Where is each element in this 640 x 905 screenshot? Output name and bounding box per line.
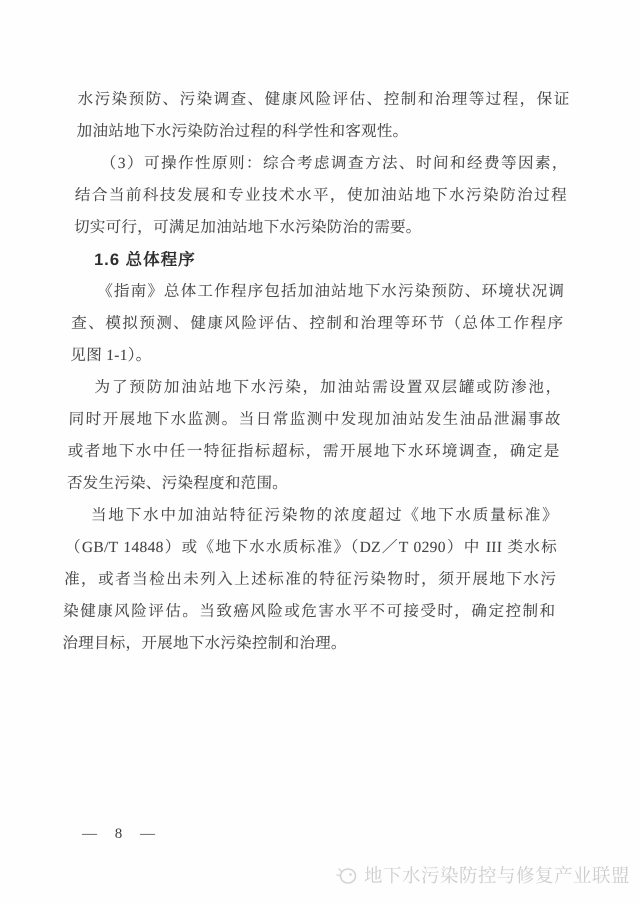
text-line: 切实可行，可满足加油站地下水污染防治的需要。 [74,212,567,244]
text-line: 或者地下水中任一特征指标超标，需开展地下水环境调查，确定是 [67,436,560,468]
text-line: （GB/T 14848）或《地下水水质标准》（DZ／T 0290）中 III 类… [65,532,558,564]
text-line: 染健康风险评估。当致癌风险或危害水平不可接受时，确定控制和 [63,596,556,628]
text-line: 为了预防加油站地下水污染，加油站需设置双层罐或防渗池， [69,372,562,404]
text-line: 治理目标，开展地下水污染控制和治理。 [62,628,555,660]
text-line: 结合当前科技发展和专业技术水平，使加油站地下水污染防治过程 [74,180,567,212]
text-line: 水污染预防、污染调查、健康风险评估、控制和治理等过程，保证 [77,84,570,116]
watermark: 地下水污染防控与修复产业联盟 [335,862,630,888]
section-heading: 1.6 总体程序 [73,244,566,276]
text-line: 否发生污染、污染程度和范围。 [66,468,559,500]
watermark-text: 地下水污染防控与修复产业联盟 [364,862,630,888]
text-line: （3）可操作性原则：综合考虑调查方法、时间和经费等因素， [75,148,568,180]
text-line: 准，或者当检出未列入上述标准的特征污染物时，须开展地下水污 [64,564,557,596]
page-number: — 8 — [82,826,156,843]
text-line: 见图 1-1）。 [70,340,563,372]
document-body: 水污染预防、污染调查、健康风险评估、控制和治理等过程，保证加油站地下水污染防治过… [62,84,570,660]
text-line: 《指南》总体工作程序包括加油站地下水污染预防、环境状况调 [72,276,565,308]
alliance-logo-icon [335,863,359,887]
text-line: 加油站地下水污染防治过程的科学性和客观性。 [76,116,569,148]
text-line: 当地下水中加油站特征污染物的浓度超过《地下水质量标准》 [65,500,558,532]
text-line: 同时开展地下水监测。当日常监测中发现加油站发生油品泄漏事故 [68,404,561,436]
scanned-document-page: 水污染预防、污染调查、健康风险评估、控制和治理等过程，保证加油站地下水污染防治过… [0,0,640,905]
text-line: 查、模拟预测、健康风险评估、控制和治理等环节（总体工作程序 [71,308,564,340]
